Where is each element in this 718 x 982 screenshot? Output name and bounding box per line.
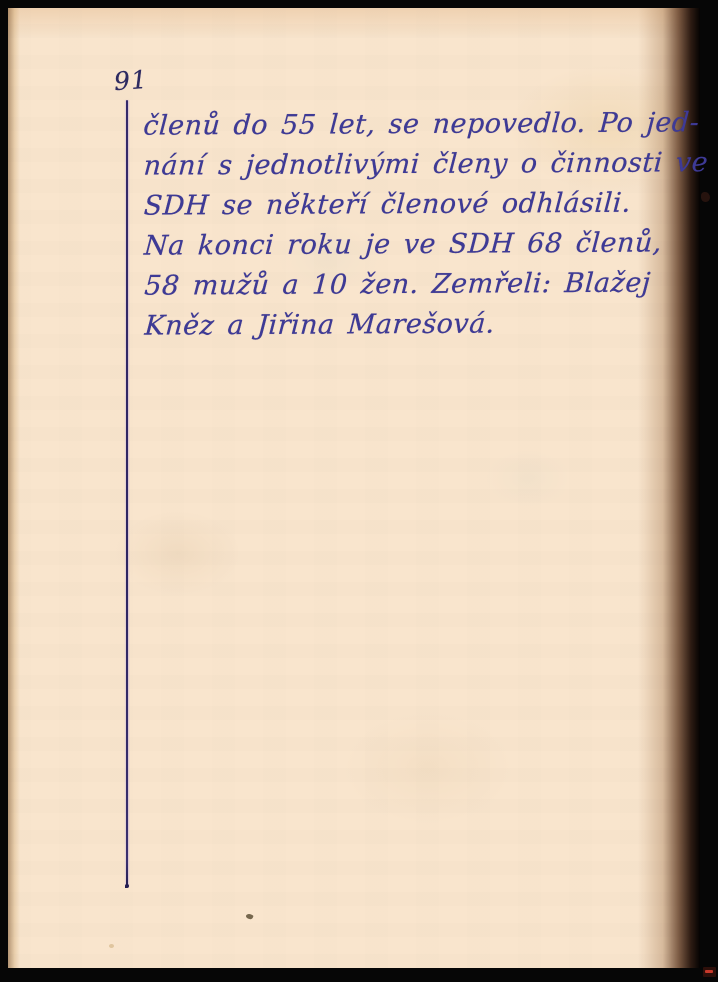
handwritten-line: SDH se někteří členové odhlásili. [143, 183, 686, 226]
handwritten-line: 58 mužů a 10 žen. Zemřeli: Blažej [143, 263, 686, 306]
margin-rule-line [126, 100, 128, 886]
binding-edge-left [8, 8, 20, 968]
scanned-chronicle-page: { "document": { "page_number": "91", "li… [0, 0, 718, 982]
handwritten-line: Kněz a Jiřina Marešová. [143, 303, 686, 346]
handwritten-line: Na konci roku je ve SDH 68 členů, [143, 223, 686, 266]
page-number: 91 [113, 65, 149, 96]
paper-speck [109, 944, 114, 948]
handwritten-line: členů do 55 let, se nepovedlo. Po jed- [142, 103, 685, 146]
paper-sheet: 91 členů do 55 let, se nepovedlo. Po jed… [8, 8, 700, 968]
paper-speck [245, 913, 253, 920]
edge-blemish [701, 192, 710, 202]
handwritten-line: nání s jednotlivými členy o činnosti ve [142, 143, 685, 186]
handwritten-text-block: členů do 55 let, se nepovedlo. Po jed- n… [143, 103, 684, 346]
corner-red-marker [703, 967, 716, 977]
